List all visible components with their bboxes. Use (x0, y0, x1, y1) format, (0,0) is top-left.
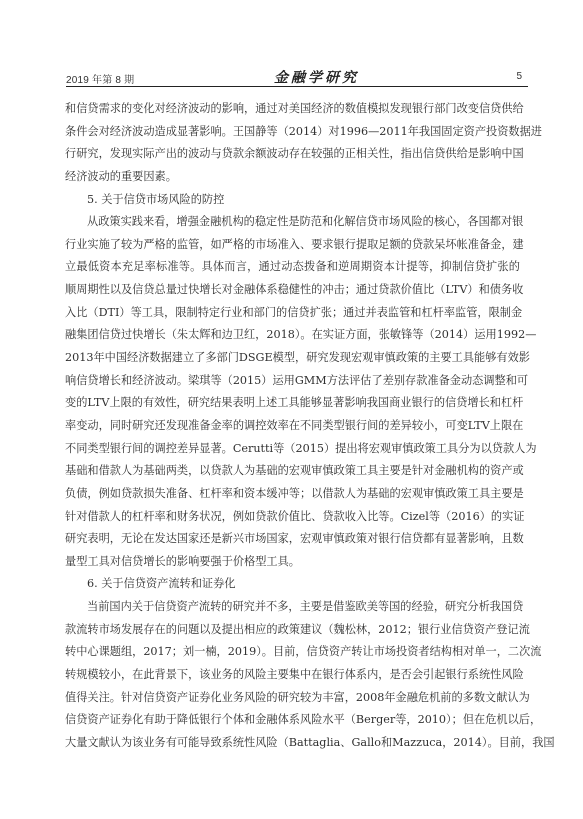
text-line: 响信贷增长和经济波动。梁琪等（2015）运用GMM方法评估了差别存款准备金动态调… (65, 370, 520, 393)
text-line: 量型工具对信贷增长的影响要强于价格型工具。 (65, 551, 520, 574)
text-line: 负债，例如贷款损失准备、杠杆率和资本缓冲等；以借款人为基础的宏观审慎政策工具主要… (65, 483, 520, 506)
text-line: 不同类型银行间的调控差异显著。Cerutti等（2015）提出将宏观审慎政策工具… (65, 438, 520, 461)
text-line: 入比（DTI）等工具，限制特定行业和部门的信贷扩张；通过并表监管和杠杆率监管，限… (65, 302, 520, 325)
text-line: 行业实施了较为严格的监管，如严格的市场准入、要求银行提取足额的贷款呆坏帐准备金，… (65, 234, 520, 257)
section-heading: 5. 关于信贷市场风险的防控 (65, 189, 520, 212)
text-line: 经济波动的重要因素。 (65, 166, 520, 189)
article-body: 和信贷需求的变化对经济波动的影响，通过对美国经济的数值模拟发现银行部门改变信贷供… (65, 98, 520, 755)
issue-label: 2019 年第 8 期 (66, 71, 134, 86)
text-line: 和信贷需求的变化对经济波动的影响，通过对美国经济的数值模拟发现银行部门改变信贷供… (65, 98, 520, 121)
text-line: 转规模较小，在此背景下，该业务的风险主要集中在银行体系内，是否会引起银行系统性风… (65, 664, 520, 687)
text-line: 条件会对经济波动造成显著影响。王国静等（2014）对1996—2011年我国固定… (65, 121, 520, 144)
text-line: 基础和借款人为基础两类，以贷款人为基础的宏观审慎政策工具主要是针对金融机构的资产… (65, 460, 520, 483)
text-line: 从政策实践来看，增强金融机构的稳定性是防范和化解信贷市场风险的核心，各国都对银 (65, 211, 520, 234)
text-line: 研究表明，无论在发达国家还是新兴市场国家，宏观审慎政策对银行信贷都有显著影响，且… (65, 528, 520, 551)
text-line: 融集团信贷过快增长（朱太辉和边卫红，2018）。在实证方面，张敏锋等（2014）… (65, 324, 520, 347)
page-number: 5 (516, 71, 522, 82)
text-line: 顺周期性以及信贷总量过快增长对金融体系稳健性的冲击；通过贷款价值比（LTV）和债… (65, 279, 520, 302)
text-line: 当前国内关于信贷资产流转的研究并不多，主要是借鉴欧美等国的经验，研究分析我国贷 (65, 596, 520, 619)
text-line: 变的LTV上限的有效性，研究结果表明上述工具能够显著影响我国商业银行的信贷增长和… (65, 392, 520, 415)
text-line: 转中心课题组，2017；刘一楠，2019）。目前，信贷资产转让市场投资者结构相对… (65, 641, 520, 664)
text-line: 2013年中国经济数据建立了多部门DSGE模型，研究发现宏观审慎政策的主要工具能… (65, 347, 520, 370)
text-line: 款流转市场发展存在的问题以及提出相应的政策建议（魏松林，2012；银行业信贷资产… (65, 619, 520, 642)
text-line: 行研究，发现实际产出的波动与贷款余额波动存在较强的正相关性，指出信贷供给是影响中… (65, 143, 520, 166)
text-line: 立最低资本充足率标准等。具体而言，通过动态拨备和逆周期资本计提等，抑制信贷扩张的 (65, 256, 520, 279)
text-line: 大量文献认为该业务有可能导致系统性风险（Battaglia、Gallo和Mazz… (65, 732, 520, 755)
text-line: 率变动，同时研究还发现准备金率的调控效率在不同类型银行间的差异较小，可变LTV上… (65, 415, 520, 438)
text-line: 值得关注。针对信贷资产证券化业务风险的研究较为丰富，2008年金融危机前的多数文… (65, 687, 520, 710)
journal-title: 金融学研究 (274, 67, 359, 87)
section-heading: 6. 关于信贷资产流转和证券化 (65, 573, 520, 596)
text-line: 针对借款人的杠杆率和财务状况，例如贷款价值比、贷款收入比等。Cizel等（201… (65, 506, 520, 529)
text-line: 信贷资产证券化有助于降低银行个体和金融体系风险水平（Berger等，2010）；… (65, 709, 520, 732)
running-header: 2019 年第 8 期 金融学研究 5 (66, 70, 528, 87)
